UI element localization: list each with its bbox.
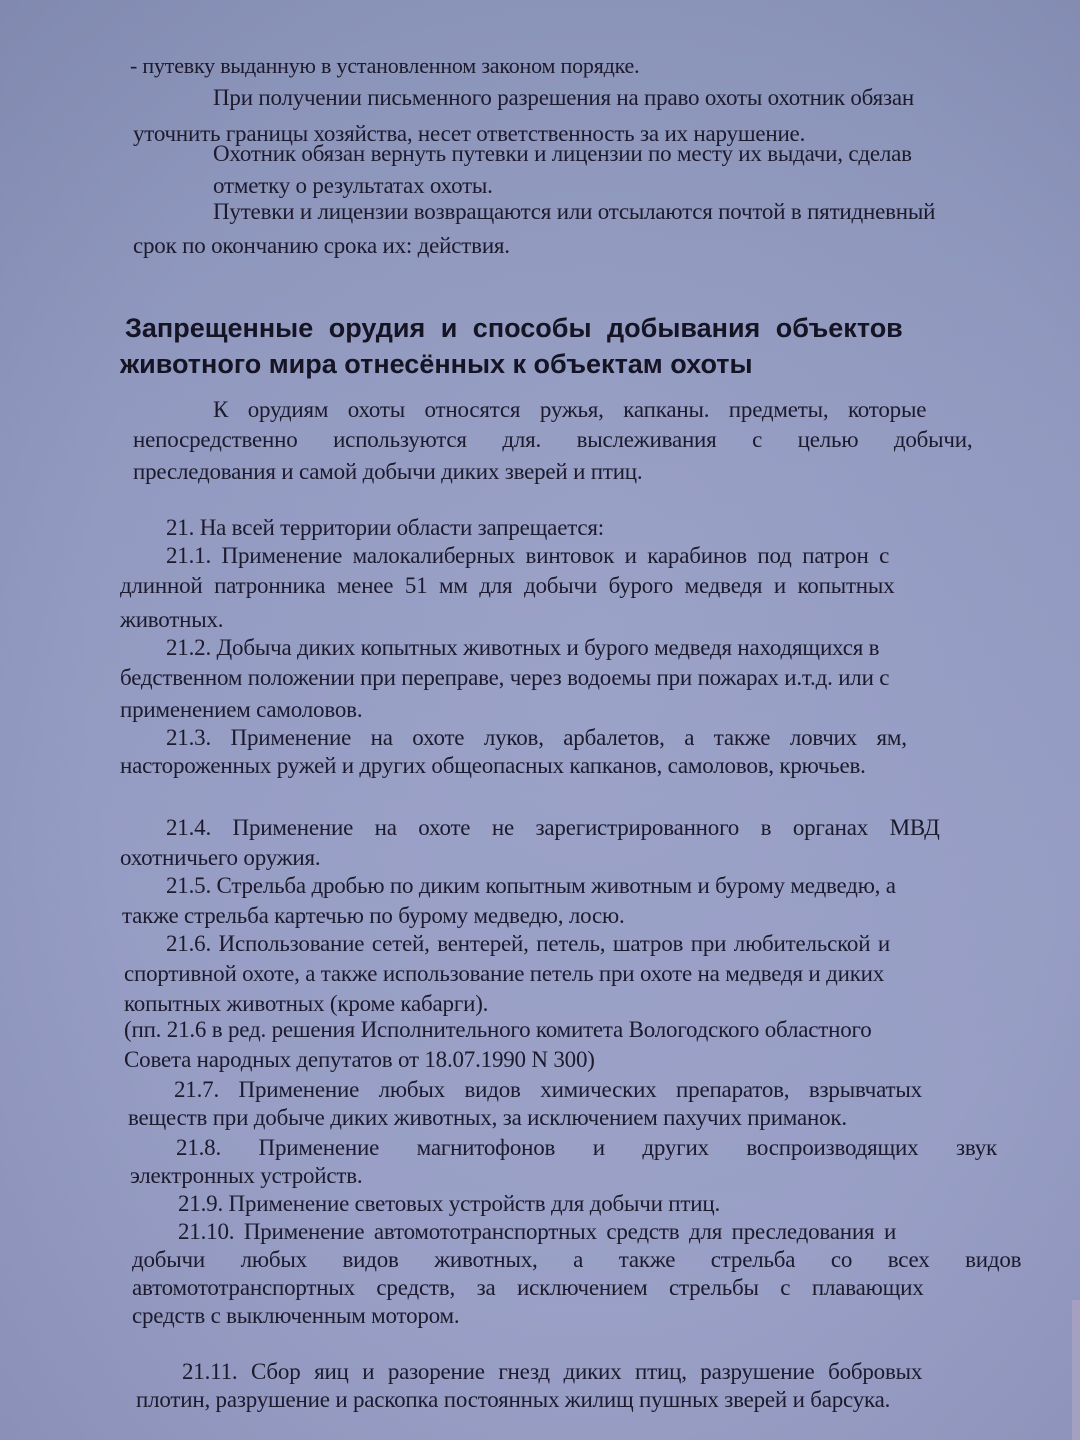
section-heading-line-1: Запрещенные орудия и способы добывания о…: [125, 312, 903, 344]
rules-title: 21. На всей территории области запрещает…: [166, 514, 604, 542]
rule-21-4-line-2: охотничьего оружия.: [120, 844, 320, 872]
rule-21-10-line-1: 21.10. Применение автомототранспортных с…: [178, 1218, 896, 1246]
definition-line-3: преследования и самой добычи диких звере…: [133, 458, 642, 486]
section-heading-line-2: животного мира отнесённых к объектам охо…: [120, 348, 753, 380]
rule-21-11-line-1: 21.11. Сбор яиц и разорение гнезд диких …: [182, 1358, 922, 1386]
rule-21-2-line-1: 21.2. Добыча диких копытных животных и б…: [166, 634, 879, 662]
rule-21-4-line-1: 21.4. Применение на охоте не зарегистрир…: [166, 814, 940, 842]
rule-21-6-line-1: 21.6. Использование сетей, вентерей, пет…: [166, 930, 890, 958]
rule-21-6-line-2: спортивной охоте, а также использование …: [124, 960, 884, 988]
rule-21-2-line-3: применением самоловов.: [120, 696, 362, 724]
rule-21-10-line-4: средств с выключенным мотором.: [132, 1302, 459, 1330]
rule-21-3-line-2: настороженных ружей и других общеопасных…: [120, 752, 866, 780]
intro-paragraph-2-line-2: отметку о результатах охоты.: [213, 172, 493, 200]
rule-21-5-line-2: также стрельба картечью по бурому медвед…: [122, 902, 625, 930]
intro-paragraph-2-line-1: Охотник обязан вернуть путевки и лицензи…: [213, 140, 912, 168]
rule-21-9-line-1: 21.9. Применение световых устройств для …: [178, 1190, 720, 1218]
intro-paragraph-1-line-1: При получении письменного разрешения на …: [213, 84, 987, 112]
definition-line-2: непосредственно используются для. выслеж…: [133, 426, 972, 454]
intro-paragraph-3-line-2: срок по окончанию срока их: действия.: [133, 232, 510, 260]
intro-line: - путевку выданную в установленном закон…: [130, 52, 639, 80]
paper-edge: [1072, 1300, 1080, 1440]
rule-21-10-line-2: добычи любых видов животных, а также стр…: [132, 1246, 1021, 1274]
rule-21-10-line-3: автомототранспортных средств, за исключе…: [132, 1274, 924, 1302]
rule-21-6-note-line-1: (пп. 21.6 в ред. решения Исполнительного…: [124, 1016, 872, 1044]
rule-21-1-line-2: длинной патронника менее 51 мм для добыч…: [120, 572, 894, 600]
rule-21-7-line-2: веществ при добыче диких животных, за ис…: [128, 1104, 847, 1132]
rule-21-7-line-1: 21.7. Применение любых видов химических …: [174, 1076, 922, 1104]
rule-21-8-line-1: 21.8. Применение магнитофонов и других в…: [176, 1134, 997, 1162]
rule-21-5-line-1: 21.5. Стрельба дробью по диким копытным …: [166, 872, 896, 900]
definition-line-1: К орудиям охоты относятся ружья, капканы…: [213, 396, 926, 424]
rule-21-3-line-1: 21.3. Применение на охоте луков, арбалет…: [166, 724, 907, 752]
rule-21-6-note-line-2: Совета народных депутатов от 18.07.1990 …: [124, 1046, 595, 1074]
rule-21-2-line-2: бедственном положении при переправе, чер…: [120, 664, 889, 692]
rule-21-8-line-2: электронных устройств.: [130, 1162, 362, 1190]
rule-21-11-line-2: плотин, разрушение и раскопка постоянных…: [136, 1386, 890, 1414]
rule-21-1-line-3: животных.: [120, 606, 223, 634]
rule-21-1-line-1: 21.1. Применение малокалиберных винтовок…: [166, 542, 889, 570]
rule-21-6-line-3: копытных животных (кроме кабарги).: [124, 990, 488, 1018]
intro-paragraph-3-line-1: Путевки и лицензии возвращаются или отсы…: [213, 198, 935, 226]
